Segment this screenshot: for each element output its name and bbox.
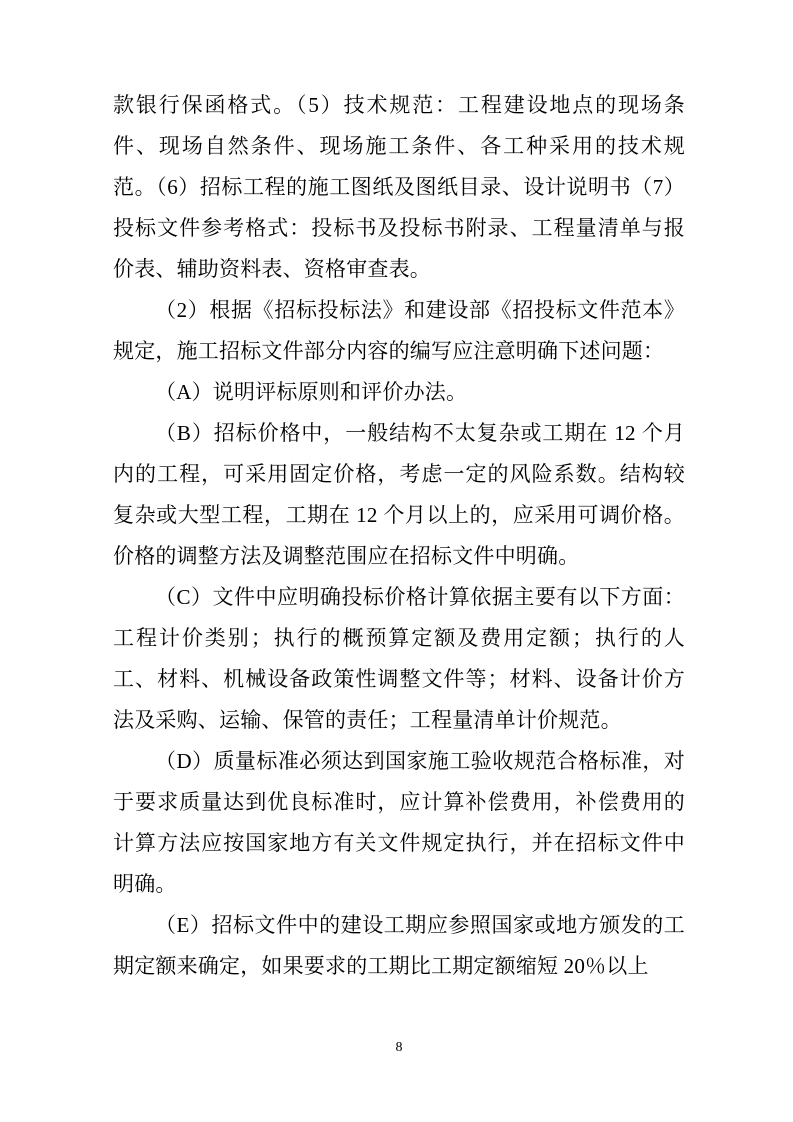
body-paragraph: （E）招标文件中的建设工期应参照国家或地方颁发的工期定额来确定，如果要求的工期比… (113, 905, 685, 987)
page-body: 款银行保函格式。（5）技术规范：工程建设地点的现场条件、现场自然条件、现场施工条… (113, 85, 685, 987)
document-page: 款银行保函格式。（5）技术规范：工程建设地点的现场条件、现场自然条件、现场施工条… (0, 0, 793, 1122)
body-paragraph: （B）招标价格中，一般结构不太复杂或工期在 12 个月内的工程，可采用固定价格，… (113, 413, 685, 577)
body-paragraph: （A）说明评标原则和评价办法。 (113, 372, 685, 413)
body-paragraph: （D）质量标准必须达到国家施工验收规范合格标准，对于要求质量达到优良标准时，应计… (113, 741, 685, 905)
body-paragraph: （2）根据《招标投标法》和建设部《招投标文件范本》规定，施工招标文件部分内容的编… (113, 290, 685, 372)
body-paragraph: （C）文件中应明确投标价格计算依据主要有以下方面：工程计价类别；执行的概预算定额… (113, 577, 685, 741)
page-number: 8 (396, 1040, 403, 1055)
page-footer: 8 (113, 1038, 685, 1057)
body-paragraph: 款银行保函格式。（5）技术规范：工程建设地点的现场条件、现场自然条件、现场施工条… (113, 85, 685, 290)
